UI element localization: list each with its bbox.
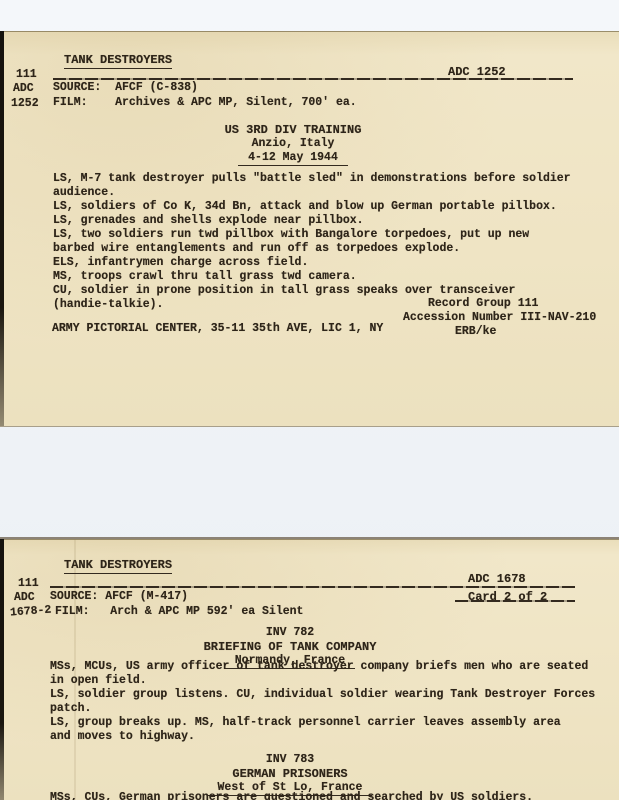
film-line: FILM: Archives & APC MP, Silent, 700' ea… [53, 96, 357, 110]
inv-783-shot-list: MSs, CUs, German prisoners are questione… [50, 791, 605, 800]
header-rule [50, 586, 575, 588]
accession-number: Accession Number III-NAV-210 [403, 311, 596, 325]
margin-card-number: 1252 [11, 97, 39, 111]
margin-card-number: 1678-2 [10, 604, 52, 621]
adc-number: ADC 1252 [448, 65, 506, 79]
shot-list: LS, M-7 tank destroyer pulls "battle sle… [53, 172, 593, 312]
inv-782-shot-list: MSs, MCUs, US army officer of tank destr… [50, 660, 605, 744]
card-title: TANK DESTROYERS [64, 53, 172, 69]
heading-date: 4-12 May 1944 [238, 151, 348, 166]
inv-number: INV 782 [50, 626, 530, 640]
inv-783-heading: INV 783 GERMAN PRISONERS West of St Lo, … [50, 753, 530, 795]
cataloger-initials: ERB/ke [455, 325, 496, 339]
heading-place: Anzio, Italy [53, 137, 533, 151]
film-line: FILM: Arch & APC MP 592' ea Silent [55, 605, 303, 619]
record-group: Record Group 111 [428, 297, 538, 311]
header-rule [53, 78, 573, 80]
inv-title: BRIEFING OF TANK COMPANY [50, 640, 530, 654]
card-title: TANK DESTROYERS [64, 558, 172, 574]
source-line: SOURCE: AFCF (M-417) [50, 590, 188, 604]
source-line: SOURCE: AFCF (C-838) [53, 81, 198, 95]
margin-record-group: 111 [16, 68, 37, 82]
margin-record-group: 111 [18, 577, 39, 591]
index-card-adc-1252: 111 ADC 1252 TANK DESTROYERS ADC 1252 SO… [0, 31, 619, 427]
index-card-adc-1678: 111 ADC 1678-2 TANK DESTROYERS ADC 1678 … [0, 537, 619, 800]
section-heading: US 3RD DIV TRAINING Anzio, Italy 4-12 Ma… [53, 123, 533, 165]
margin-adc-label: ADC [13, 82, 34, 96]
adc-number: ADC 1678 [468, 572, 526, 586]
heading-unit: US 3RD DIV TRAINING [53, 123, 533, 137]
inv-number: INV 783 [50, 753, 530, 767]
card-count-rule [455, 600, 575, 602]
inv-title: GERMAN PRISONERS [50, 767, 530, 781]
margin-adc-label: ADC [14, 591, 35, 605]
scanned-archive-cards: { "card1": { "margin1": "111", "margin2"… [0, 0, 619, 800]
army-pictorial-center-address: ARMY PICTORIAL CENTER, 35-11 35th AVE, L… [52, 322, 383, 336]
